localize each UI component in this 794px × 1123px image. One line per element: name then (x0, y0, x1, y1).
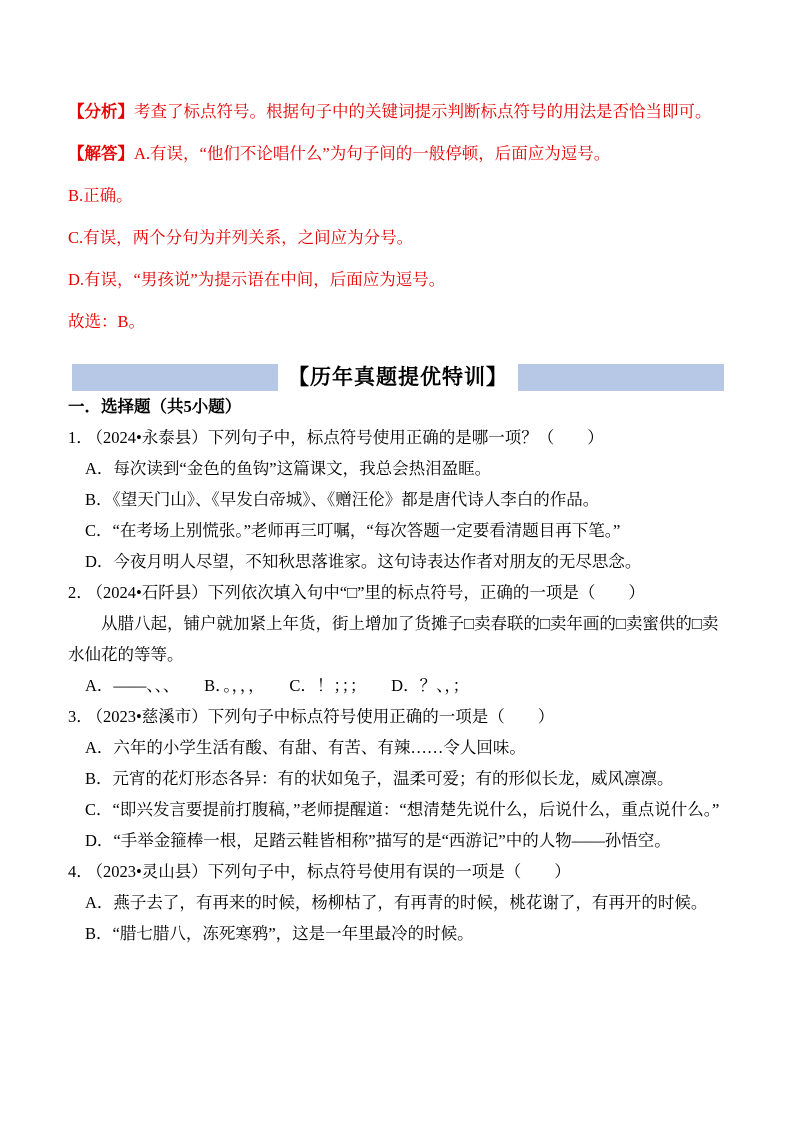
analysis-paragraph: 【分析】考查了标点符号。根据句子中的关键词提示判断标点符号的用法是否恰当即可。 (68, 91, 724, 133)
options-inline-row: A．——、、、 B．。，，， C．！；；； D．？、，； (68, 670, 724, 701)
option-b: B．元宵的花灯形态各异：有的状如兔子，温柔可爱；有的形似长龙，威风凛凛。 (68, 763, 724, 794)
option-b: B．《望天门山》、《早发白帝城》、《赠汪伦》都是唐代诗人李白的作品。 (68, 484, 724, 515)
option-a: A．每次读到“金色的鱼钩”这篇课文，我总会热泪盈眶。 (68, 453, 724, 484)
section-heading: 一．选择题（共5小题） (68, 391, 724, 422)
question-1: 1．（2024•永泰县）下列句子中，标点符号使用正确的是哪一项？（ ） A．每次… (68, 422, 724, 577)
option-d: D．今夜月明人尽望，不知秋思落谁家。这句诗表达作者对朋友的无尽思念。 (68, 546, 724, 577)
analysis-text: B.正确。 (68, 186, 133, 205)
option-c: C．“在考场上别慌张。”老师再三叮嘱，“每次答题一定要看清题目再下笔。” (68, 515, 724, 546)
analysis-section: 【分析】考查了标点符号。根据句子中的关键词提示判断标点符号的用法是否恰当即可。 … (68, 91, 724, 343)
question-number: 1． (68, 428, 95, 447)
analysis-paragraph: 【解答】A.有误，“他们不论唱什么”为句子间的一般停顿，后面应为逗号。 (68, 133, 724, 175)
question-4: 4．（2023•灵山县）下列句子中，标点符号使用有误的一项是（ ） A．燕子去了… (68, 856, 724, 949)
analysis-text: C.有误，两个分句为并列关系，之间应为分号。 (68, 228, 413, 247)
answer-choice-text: 故选：B。 (68, 312, 145, 331)
section-banner: 【历年真题提优特训】 (72, 364, 724, 391)
question-number: 3． (68, 707, 95, 726)
question-stem: 4．（2023•灵山县）下列句子中，标点符号使用有误的一项是（ ） (68, 856, 724, 887)
analysis-tag: 【分析】 (68, 102, 134, 121)
analysis-paragraph: C.有误，两个分句为并列关系，之间应为分号。 (68, 217, 724, 259)
option-a: A．六年的小学生活有酸、有甜、有苦、有辣……令人回味。 (68, 732, 724, 763)
question-passage: 从腊八起，铺户就加紧上年货，街上增加了货摊子□卖春联的□卖年画的□卖蜜供的□卖水… (68, 608, 724, 670)
analysis-text: D.有误，“男孩说”为提示语在中间，后面应为逗号。 (68, 270, 445, 289)
option-c: C．“即兴发言要提前打腹稿，”老师提醒道：“想清楚先说什么，后说什么，重点说什么… (68, 794, 724, 825)
question-stem-text: （2024•石阡县）下列依次填入句中“□”里的标点符号，正确的一项是（ ） (95, 583, 645, 602)
question-stem-text: （2023•慈溪市）下列句子中标点符号使用正确的一项是（ ） (95, 707, 555, 726)
question-stem: 3．（2023•慈溪市）下列句子中标点符号使用正确的一项是（ ） (68, 701, 724, 732)
question-stem-text: （2024•永泰县）下列句子中，标点符号使用正确的是哪一项？（ ） (95, 428, 604, 447)
analysis-tag: 【解答】 (68, 144, 134, 163)
question-number: 4． (68, 862, 95, 881)
question-number: 2． (68, 583, 95, 602)
analysis-paragraph: 故选：B。 (68, 301, 724, 343)
question-2: 2．（2024•石阡县）下列依次填入句中“□”里的标点符号，正确的一项是（ ） … (68, 577, 724, 701)
banner-title: 【历年真题提优特训】 (278, 364, 518, 391)
document-page: 【分析】考查了标点符号。根据句子中的关键词提示判断标点符号的用法是否恰当即可。 … (0, 0, 794, 1123)
analysis-text: A.有误，“他们不论唱什么”为句子间的一般停顿，后面应为逗号。 (134, 144, 610, 163)
option-b: B．“腊七腊八，冻死寒鸦”，这是一年里最冷的时候。 (68, 918, 724, 949)
question-3: 3．（2023•慈溪市）下列句子中标点符号使用正确的一项是（ ） A．六年的小学… (68, 701, 724, 856)
analysis-paragraph: D.有误，“男孩说”为提示语在中间，后面应为逗号。 (68, 259, 724, 301)
option-a: A．燕子去了，有再来的时候，杨柳枯了，有再青的时候，桃花谢了，有再开的时候。 (68, 887, 724, 918)
analysis-text: 考查了标点符号。根据句子中的关键词提示判断标点符号的用法是否恰当即可。 (134, 102, 712, 121)
analysis-paragraph: B.正确。 (68, 175, 724, 217)
question-stem: 2．（2024•石阡县）下列依次填入句中“□”里的标点符号，正确的一项是（ ） (68, 577, 724, 608)
question-stem: 1．（2024•永泰县）下列句子中，标点符号使用正确的是哪一项？（ ） (68, 422, 724, 453)
question-stem-text: （2023•灵山县）下列句子中，标点符号使用有误的一项是（ ） (95, 862, 571, 881)
option-d: D．“手举金箍棒一根，足踏云鞋皆相称”描写的是“西游记”中的人物——孙悟空。 (68, 825, 724, 856)
